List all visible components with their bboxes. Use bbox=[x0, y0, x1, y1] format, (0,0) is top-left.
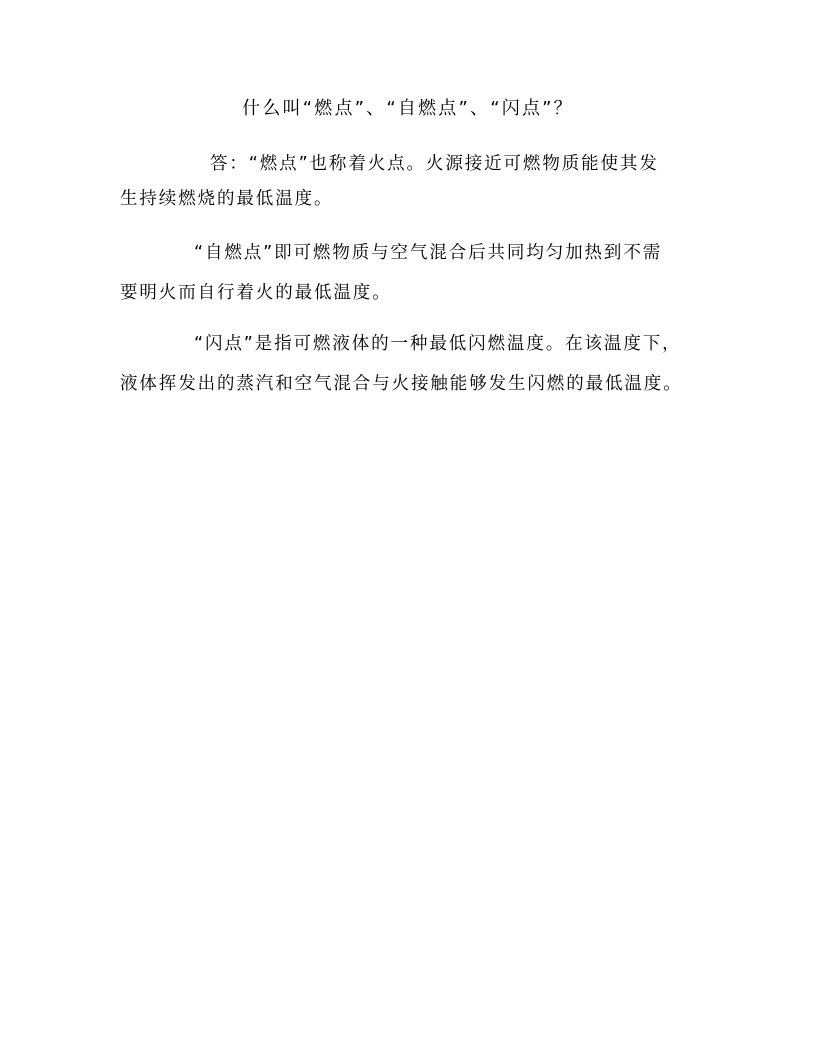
document-page: 什么叫“燃点”、“自燃点”、“闪点”？ 答：“燃点”也称着火点。火源接近可燃物质… bbox=[0, 0, 816, 1056]
paragraph-line: “自燃点”即可燃物质与空气混合后共同均匀加热到不需 bbox=[194, 241, 662, 265]
paragraph-line: 答：“燃点”也称着火点。火源接近可燃物质能使其发 bbox=[210, 152, 659, 176]
paragraph-line: 要明火而自行着火的最低温度。 bbox=[120, 281, 392, 305]
paragraph-line: 生持续燃烧的最低温度。 bbox=[120, 187, 333, 211]
document-title: 什么叫“燃点”、“自燃点”、“闪点”？ bbox=[0, 96, 816, 122]
paragraph-line: “闪点”是指可燃液体的一种最低闪燃温度。在该温度下， bbox=[194, 332, 682, 356]
paragraph-line: 液体挥发出的蒸汽和空气混合与火接触能够发生闪燃的最低温度。 bbox=[120, 372, 683, 396]
